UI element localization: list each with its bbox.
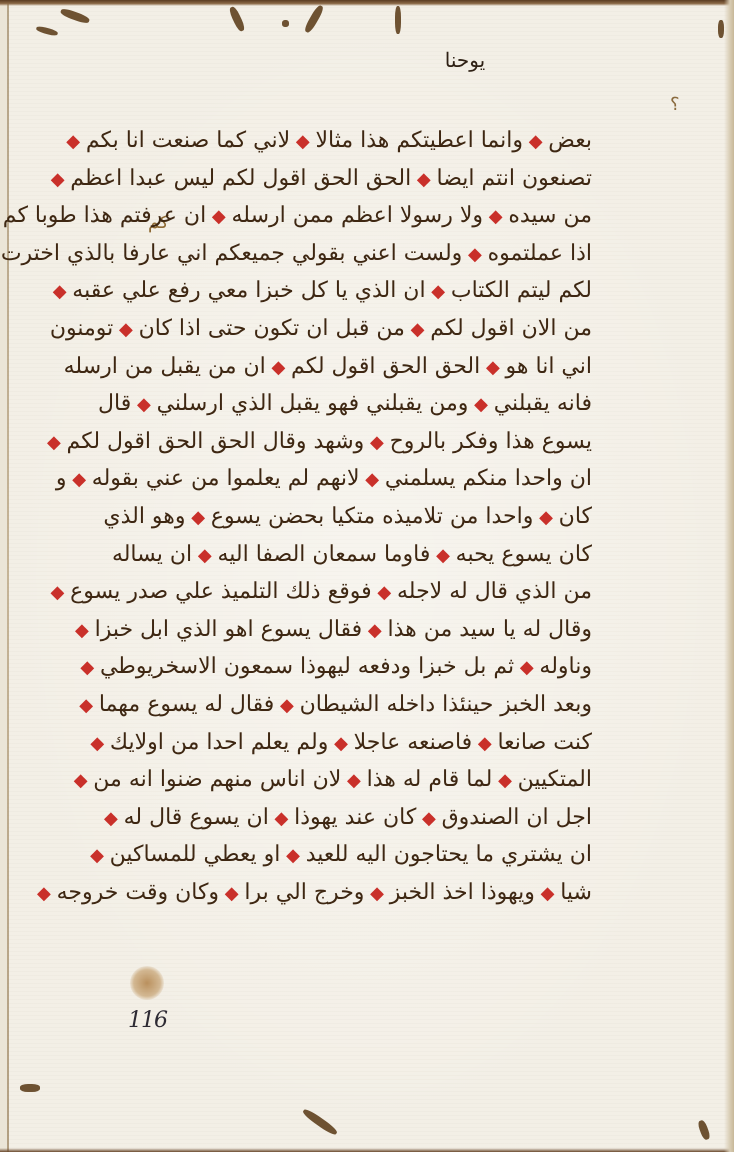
manuscript-line: ان واحدا منكم يسلمني ◆ لانهم لم يعلموا م… [172,460,592,498]
text-segment: ان واحدا منكم يسلمني [385,466,592,491]
text-segment: لكم ليتم الكتاب [451,278,592,303]
rubric-punctuation-mark: ◆ [269,808,294,829]
manuscript-line: اجل ان الصندوق ◆ كان عند يهوذا ◆ ان يسوع… [172,799,592,837]
folio-number: 116 [128,1008,167,1033]
running-header: يوحنا [430,48,500,72]
rubric-punctuation-mark: ◆ [66,131,86,152]
manuscript-line: من الان اقول لكم ◆ من قبل ان تكون حتى اذ… [172,310,592,348]
rubric-punctuation-mark: ◆ [90,733,110,754]
rubric-punctuation-mark: ◆ [280,845,305,866]
manuscript-line: ان يشتري ما يحتاجون اليه للعيد ◆ او يعطي… [172,836,592,874]
rubric-punctuation-mark: ◆ [206,206,231,227]
binding-shadow [0,0,7,1152]
rubric-punctuation-mark: ◆ [37,883,57,904]
rubric-punctuation-mark: ◆ [416,808,441,829]
manuscript-line: بعض ◆ وانما اعطيتكم هذا مثالا ◆ لاني كما… [172,122,592,160]
text-segment: وشهد وقال الحق الحق اقول لكم [67,429,365,454]
manuscript-line: تصنعون انتم ايضا ◆ الحق الحق اقول لكم لي… [172,160,592,198]
wormhole-damage [228,6,246,33]
rubric-punctuation-mark: ◆ [192,545,217,566]
text-segment: لانهم لم يعلموا من عني بقوله [92,466,360,491]
manuscript-line: من الذي قال له لاجله ◆ فوقع ذلك التلميذ … [172,573,592,611]
rubric-punctuation-mark: ◆ [364,883,389,904]
rubric-punctuation-mark: ◆ [266,357,291,378]
rubric-punctuation-mark: ◆ [113,319,138,340]
manuscript-line: يسوع هذا وفكر بالروح ◆ وشهد وقال الحق ال… [172,423,592,461]
text-segment: من سيده [508,203,592,228]
text-segment: من قبل ان تكون حتى اذا كان [139,316,405,341]
text-segment: و [56,466,67,491]
rubric-punctuation-mark: ◆ [74,770,94,791]
rubric-punctuation-mark: ◆ [53,281,73,302]
text-segment: ومن يقبلني فهو يقبل الذي ارسلني [157,391,469,416]
rubric-punctuation-mark: ◆ [483,206,508,227]
rubric-punctuation-mark: ◆ [47,432,67,453]
rubric-punctuation-mark: ◆ [66,469,91,490]
rubric-punctuation-mark: ◆ [523,131,548,152]
manuscript-text-block: بعض ◆ وانما اعطيتكم هذا مثالا ◆ لاني كما… [172,122,592,911]
manuscript-page: يوحنا ؟ كم بعض ◆ وانما اعطيتكم هذا مثالا… [0,0,734,1152]
rubric-punctuation-mark: ◆ [341,770,366,791]
rubric-punctuation-mark: ◆ [430,545,455,566]
text-segment: كان يسوع يحبه [456,542,592,567]
text-segment: ان الذي يا كل خبزا معي رفع علي عقبه [72,278,425,303]
text-segment: شيا [560,880,592,905]
rubric-punctuation-mark: ◆ [426,281,451,302]
manuscript-line: شيا ◆ ويهوذا اخذ الخبز ◆ وخرج الي برا ◆ … [172,874,592,912]
manuscript-line: فانه يقبلني ◆ ومن يقبلني فهو يقبل الذي ا… [172,385,592,423]
rubric-punctuation-mark: ◆ [411,169,436,190]
wormhole-damage [718,20,724,38]
text-segment: ولم يعلم احدا من اولايك [110,730,328,755]
wormhole-damage [36,25,59,36]
rubric-punctuation-mark: ◆ [328,733,353,754]
text-segment: ان يسوع قال له [124,805,269,830]
rubric-punctuation-mark: ◆ [219,883,244,904]
manuscript-line: المتكيين ◆ لما قام له هذا ◆ لان اناس منه… [172,761,592,799]
text-segment: لاني كما صنعت انا بكم [86,128,290,153]
manuscript-line: كان يسوع يحبه ◆ فاوما سمعان الصفا اليه ◆… [172,536,592,574]
text-segment: ان يشتري ما يحتاجون اليه للعيد [306,842,592,867]
manuscript-line: اذا عملتموه ◆ ولست اعني بقولي جميعكم اني… [172,235,592,273]
text-segment: الحق الحق اقول لكم [291,354,480,379]
rubric-punctuation-mark: ◆ [51,582,71,603]
text-segment: وبعد الخبز حينئذا داخله الشيطان [300,692,592,717]
manuscript-line: وبعد الخبز حينئذا داخله الشيطان ◆ فقال ل… [172,686,592,724]
rubric-punctuation-mark: ◆ [290,131,315,152]
rubric-punctuation-mark: ◆ [533,507,558,528]
rubric-punctuation-mark: ◆ [274,695,299,716]
manuscript-line: اني انا هو ◆ الحق الحق اقول لكم ◆ ان من … [172,348,592,386]
text-segment: وقال له يا سيد من هذا [387,617,592,642]
rubric-punctuation-mark: ◆ [468,394,493,415]
manuscript-line: وناوله ◆ ثم بل خبزا ودفعه ليهوذا سمعون ا… [172,648,592,686]
text-segment: الحق الحق اقول لكم ليس عبدا اعظم [70,166,411,191]
rubric-punctuation-mark: ◆ [131,394,156,415]
page-bottom-edge [0,1148,734,1152]
text-segment: او يعطي للمساكين [110,842,281,867]
text-segment: فاصنعه عاجلا [354,730,473,755]
text-segment: وهو الذي [103,504,185,529]
rubric-punctuation-mark: ◆ [51,169,71,190]
ink-stain [130,966,164,1000]
text-segment: المتكيين [518,767,592,792]
rubric-punctuation-mark: ◆ [480,357,505,378]
wormhole-damage [60,7,91,25]
text-segment: اذا عملتموه [488,241,592,266]
wormhole-damage [395,6,401,34]
text-segment: فاوما سمعان الصفا اليه [217,542,430,567]
rubric-punctuation-mark: ◆ [104,808,124,829]
text-segment: كنت صانعا [497,730,592,755]
rubric-punctuation-mark: ◆ [80,657,100,678]
section-mark: ؟ [670,94,680,115]
wormhole-damage [301,1107,338,1136]
wormhole-damage [20,1084,40,1092]
text-segment: تومنون [50,316,113,341]
text-segment: وناوله [539,654,592,679]
text-segment: ان عرفتم هذا طوبا كم [3,203,206,228]
text-segment: يسوع هذا وفكر بالروح [390,429,592,454]
text-segment: كان عند يهوذا [294,805,416,830]
rubric-punctuation-mark: ◆ [405,319,430,340]
rubric-punctuation-mark: ◆ [372,582,397,603]
text-segment: فقال يسوع اهو الذي ابل خبزا [95,617,363,642]
text-segment: فوقع ذلك التلميذ علي صدر يسوع [70,579,372,604]
manuscript-line: كان ◆ واحدا من تلاميذه متكيا بحضن يسوع ◆… [172,498,592,536]
text-segment: لان اناس منهم ضنوا انه من [93,767,341,792]
rubric-punctuation-mark: ◆ [75,620,95,641]
text-segment: فانه يقبلني [494,391,592,416]
text-segment: من الذي قال له لاجله [397,579,592,604]
rubric-punctuation-mark: ◆ [472,733,497,754]
text-segment: وانما اعطيتكم هذا مثالا [315,128,523,153]
rubric-punctuation-mark: ◆ [514,657,539,678]
manuscript-line: وقال له يا سيد من هذا ◆ فقال يسوع اهو ال… [172,611,592,649]
rubric-punctuation-mark: ◆ [90,845,110,866]
rubric-punctuation-mark: ◆ [492,770,517,791]
text-segment: ان يساله [112,542,192,567]
wormhole-damage [697,1119,711,1141]
text-segment: وكان وقت خروجه [57,880,219,905]
text-segment: اني انا هو [506,354,592,379]
text-segment: قال [98,391,131,416]
manuscript-line: لكم ليتم الكتاب ◆ ان الذي يا كل خبزا معي… [172,272,592,310]
text-segment: ويهوذا اخذ الخبز [390,880,535,905]
wormhole-damage [303,4,325,34]
rubric-punctuation-mark: ◆ [364,432,389,453]
rubric-punctuation-mark: ◆ [360,469,385,490]
manuscript-line: من سيده ◆ ولا رسولا اعظم ممن ارسله ◆ ان … [172,197,592,235]
text-segment: فقال له يسوع مهما [99,692,274,717]
gutter-edge [7,0,9,1152]
text-segment: ولست اعني بقولي جميعكم اني عارفا بالذي ا… [1,241,462,266]
wormhole-damage [282,20,289,27]
text-segment: ان من يقبل من ارسله [64,354,266,379]
text-segment: واحدا من تلاميذه متكيا بحضن يسوع [211,504,534,529]
page-top-edge [0,0,734,6]
rubric-punctuation-mark: ◆ [535,883,560,904]
text-segment: كان [559,504,592,529]
rubric-punctuation-mark: ◆ [362,620,387,641]
text-segment: ثم بل خبزا ودفعه ليهوذا سمعون الاسخريوطي [100,654,514,679]
text-segment: بعض [548,128,592,153]
rubric-punctuation-mark: ◆ [79,695,99,716]
manuscript-line: كنت صانعا ◆ فاصنعه عاجلا ◆ ولم يعلم احدا… [172,724,592,762]
page-right-edge [724,0,734,1152]
text-segment: اجل ان الصندوق [442,805,592,830]
rubric-punctuation-mark: ◆ [462,244,487,265]
rubric-punctuation-mark: ◆ [186,507,211,528]
text-segment: تصنعون انتم ايضا [437,166,593,191]
text-segment: وخرج الي برا [244,880,364,905]
text-segment: لما قام له هذا [367,767,493,792]
text-segment: من الان اقول لكم [430,316,592,341]
text-segment: ولا رسولا اعظم ممن ارسله [231,203,483,228]
